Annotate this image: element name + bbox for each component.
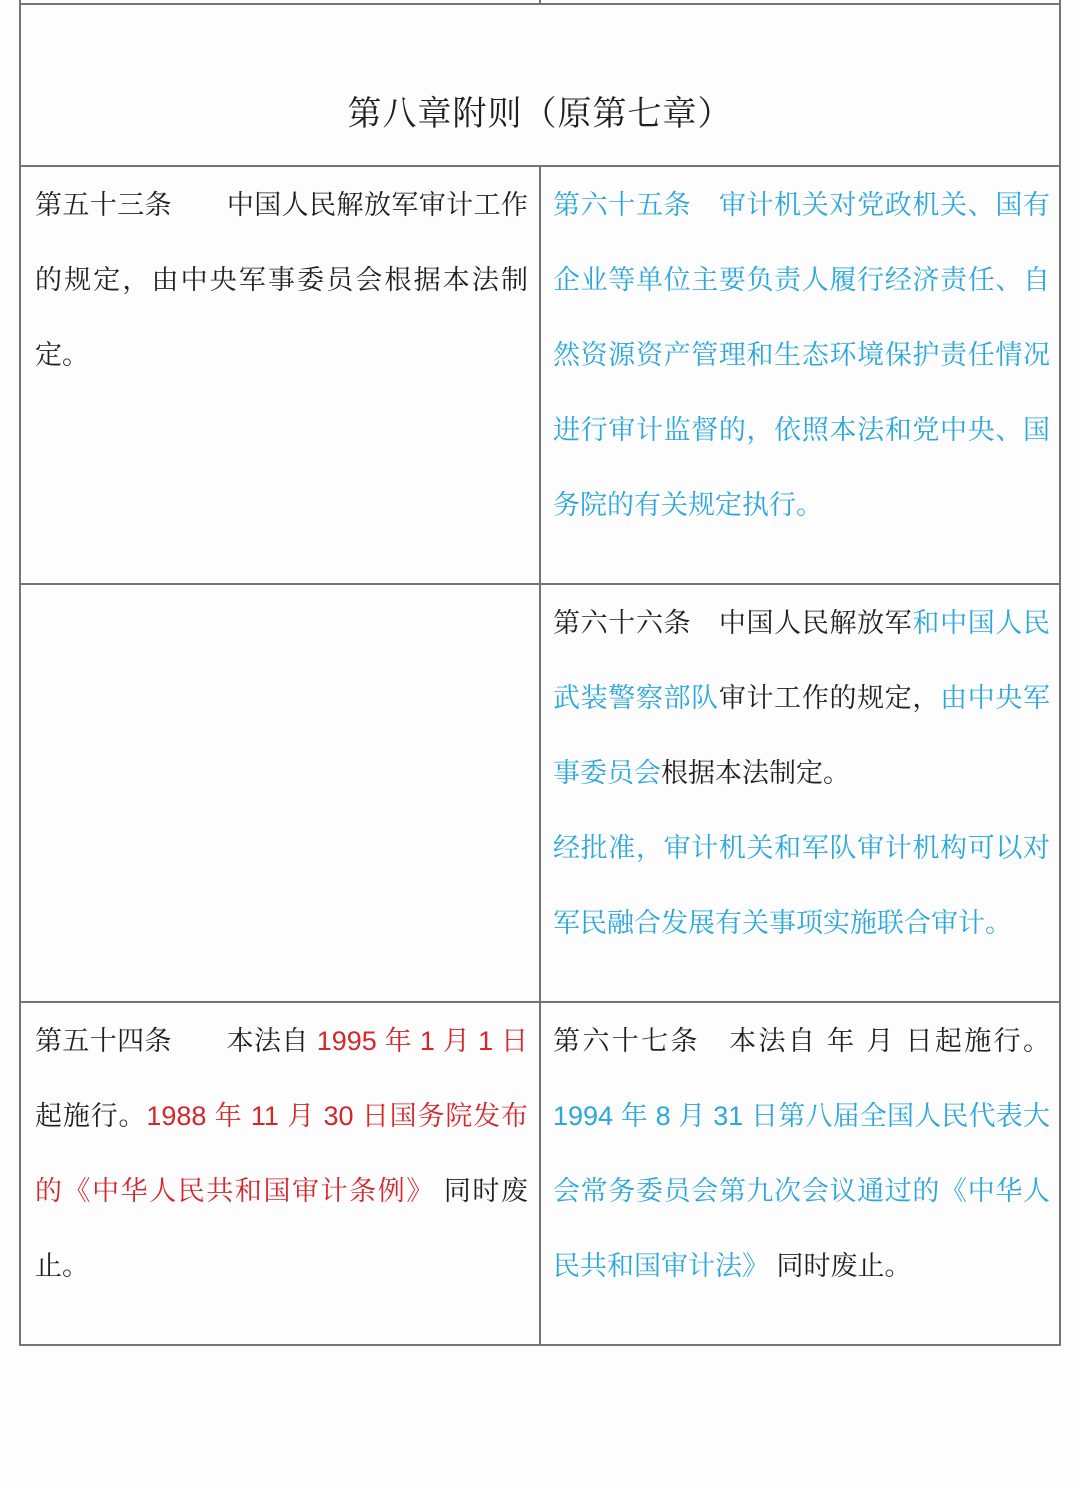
text-segment: 第六十六条 中国人民解放军: [553, 608, 912, 638]
paragraph-article-65: 第六十五条 审计机关对党政机关、国有企业等单位主要负责人履行经济责任、自然资源资…: [553, 168, 1050, 543]
law-comparison-table: 第八章附则（原第七章） 第五十三条 中国人民解放军审计工作的规定，由中央军事委员…: [19, 0, 1061, 1346]
chapter-title-row: 第八章附则（原第七章）: [20, 4, 1060, 166]
paragraph-article-67: 第六十七条 本法自 年 月 日起施行。1994 年 8 月 31 日第八届全国人…: [553, 1004, 1050, 1304]
paragraph-article-66-clause-2: 经批准，审计机关和军队审计机构可以对军民融合发展有关事项实施联合审计。: [553, 811, 1050, 961]
cell-article-67: 第六十七条 本法自 年 月 日起施行。1994 年 8 月 31 日第八届全国人…: [540, 1002, 1060, 1345]
cell-empty-old-law: [20, 584, 540, 1002]
text-segment: 第五十三条 中国人民解放军审计工作的规定，由中央军事委员会根据本法制定。: [35, 190, 528, 370]
text-segment: 审计工作的规定，: [719, 683, 940, 713]
cell-article-65: 第六十五条 审计机关对党政机关、国有企业等单位主要负责人履行经济责任、自然资源资…: [540, 166, 1060, 584]
text-segment: 起施行。: [35, 1101, 146, 1131]
cell-article-54: 第五十四条 本法自 1995 年 1 月 1 日起施行。1988 年 11 月 …: [20, 1002, 540, 1345]
text-segment: 同时废止。: [769, 1251, 912, 1281]
paragraph-article-53: 第五十三条 中国人民解放军审计工作的规定，由中央军事委员会根据本法制定。: [35, 168, 528, 393]
text-segment: 根据本法制定。: [661, 758, 850, 788]
text-segment: 经批准，审计机关和军队审计机构可以对军民融合发展有关事项实施联合审计。: [553, 833, 1050, 938]
text-segment: 第五十四条 本法自: [35, 1026, 317, 1056]
text-segment: 第六十七条 本法自 年 月 日起施行。: [553, 1026, 1050, 1056]
text-segment: 第六十五条 审计机关对党政机关、国有企业等单位主要负责人履行经济责任、自然资源资…: [553, 190, 1050, 520]
table-row: 第六十六条 中国人民解放军和中国人民武装警察部队审计工作的规定，由中央军事委员会…: [20, 584, 1060, 1002]
paragraph-article-54: 第五十四条 本法自 1995 年 1 月 1 日起施行。1988 年 11 月 …: [35, 1004, 528, 1304]
text-segment: 1995 年 1 月 1 日: [317, 1026, 528, 1056]
table-row: 第五十四条 本法自 1995 年 1 月 1 日起施行。1988 年 11 月 …: [20, 1002, 1060, 1345]
cell-article-66: 第六十六条 中国人民解放军和中国人民武装警察部队审计工作的规定，由中央军事委员会…: [540, 584, 1060, 1002]
document-page: 第八章附则（原第七章） 第五十三条 中国人民解放军审计工作的规定，由中央军事委员…: [0, 0, 1080, 1488]
cell-article-53: 第五十三条 中国人民解放军审计工作的规定，由中央军事委员会根据本法制定。: [20, 166, 540, 584]
chapter-title: 第八章附则（原第七章）: [20, 4, 1060, 166]
paragraph-article-66: 第六十六条 中国人民解放军和中国人民武装警察部队审计工作的规定，由中央军事委员会…: [553, 586, 1050, 811]
table-row: 第五十三条 中国人民解放军审计工作的规定，由中央军事委员会根据本法制定。 第六十…: [20, 166, 1060, 584]
